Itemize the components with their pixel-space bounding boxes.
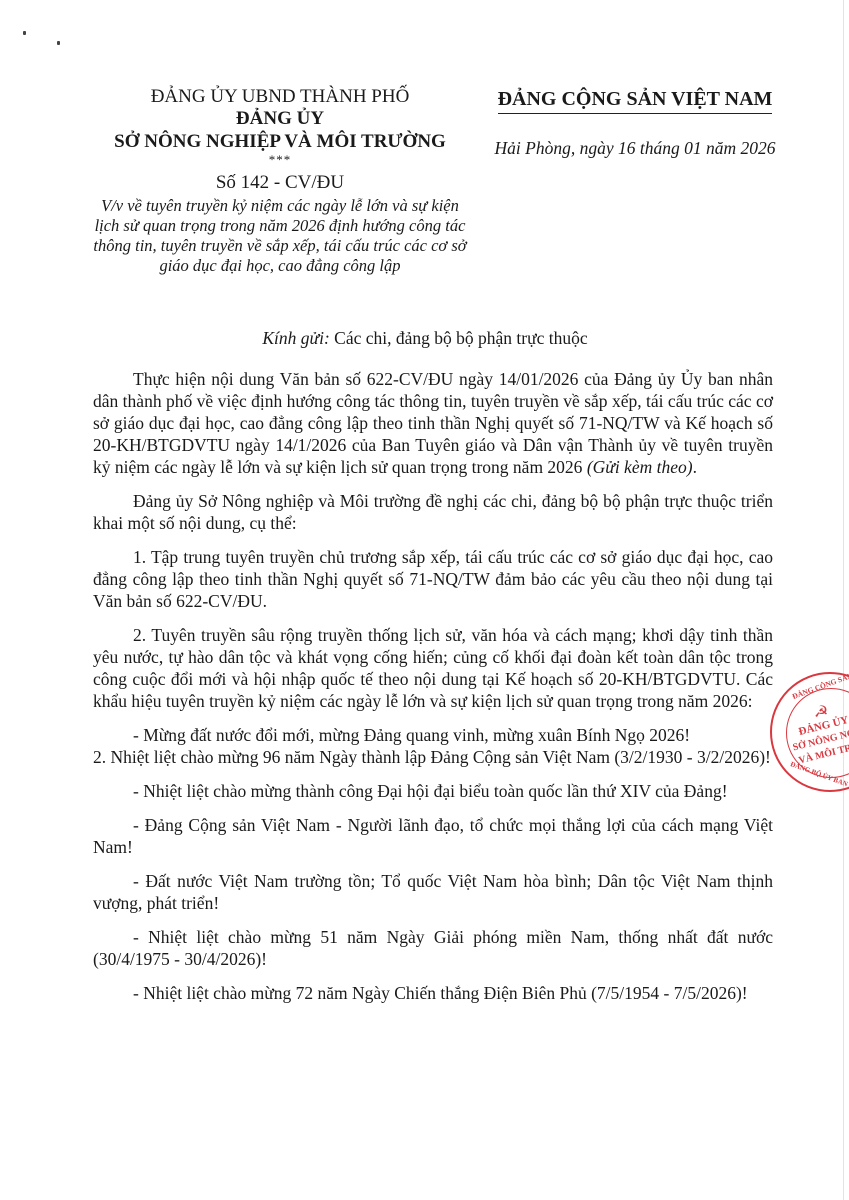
request-paragraph: Đảng ủy Sở Nông nghiệp và Môi trường đề … [93,490,773,534]
intro-paragraph: Thực hiện nội dung Văn bản số 622-CV/ĐU … [93,368,773,478]
slogan: - Đất nước Việt Nam trường tồn; Tổ quốc … [93,870,773,914]
slogan: - Nhiệt liệt chào mừng thành công Đại hộ… [93,780,773,802]
slogan: - Nhiệt liệt chào mừng 51 năm Ngày Giải … [93,926,773,970]
document-subject: V/v về tuyên truyền kỷ niệm các ngày lễ … [88,196,472,276]
issuing-authority-header: ĐẢNG ỦY UBND THÀNH PHỐ ĐẢNG ỦY SỞ NÔNG N… [80,86,480,276]
national-header: ĐẢNG CỘNG SẢN VIỆT NAM Hải Phòng, ngày 1… [480,86,790,159]
separator-stars: *** [80,154,480,166]
attachment-note: (Gửi kèm theo) [587,457,693,477]
party-committee: ĐẢNG ỦY [80,108,480,130]
intro-end: . [693,457,697,477]
document-body: Thực hiện nội dung Văn bản số 622-CV/ĐU … [93,368,773,1016]
scan-speck [57,41,60,45]
parent-authority: ĐẢNG ỦY UBND THÀNH PHỐ [80,86,480,108]
slogan: - Mừng đất nước đổi mới, mừng Đảng quang… [93,724,773,746]
scan-speck [23,31,26,35]
place-date: Hải Phòng, ngày 16 tháng 01 năm 2026 [480,138,790,159]
item-1: 1. Tập trung tuyên truyền chủ trương sắp… [93,546,773,612]
scan-edge-line [843,0,844,1200]
item-2: 2. Tuyên truyền sâu rộng truyền thống lị… [93,624,773,712]
document-page: ĐẢNG ỦY UBND THÀNH PHỐ ĐẢNG ỦY SỞ NÔNG N… [0,0,849,1200]
slogan: 2. Nhiệt liệt chào mừng 96 năm Ngày thàn… [93,746,773,768]
department-name: SỞ NÔNG NGHIỆP VÀ MÔI TRƯỜNG [80,130,480,154]
official-seal: ĐẢNG CỘNG SẢN VIỆT ☭ ĐẢNG ỦY SỞ NÔNG NGH… [770,672,849,792]
party-title: ĐẢNG CỘNG SẢN VIỆT NAM [498,86,773,114]
slogan: - Nhiệt liệt chào mừng 72 năm Ngày Chiến… [93,982,773,1004]
document-number: Số 142 - CV/ĐU [80,170,480,196]
recipients: Các chi, đảng bộ bộ phận trực thuộc [334,328,587,348]
slogan: - Đảng Cộng sản Việt Nam - Người lãnh đạ… [93,814,773,858]
salutation: Kính gửi: Các chi, đảng bộ bộ phận trực … [100,328,750,349]
salutation-label: Kính gửi: [262,328,329,348]
